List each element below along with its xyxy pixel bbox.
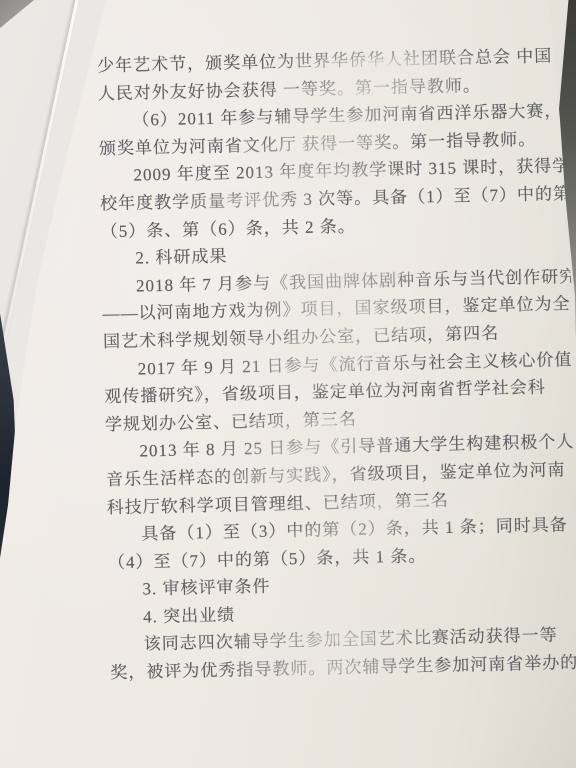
document-page: 少年艺术节，颁奖单位为世界华侨华人社团联合总会 中国人民对外友好协会获得 一等奖… <box>0 0 576 768</box>
background-corner-top-left <box>0 0 34 28</box>
text-block: 少年艺术节，颁奖单位为世界华侨华人社团联合总会 中国人民对外友好协会获得 一等奖… <box>0 42 576 689</box>
photo-frame: 少年艺术节，颁奖单位为世界华侨华人社团联合总会 中国人民对外友好协会获得 一等奖… <box>0 0 576 768</box>
